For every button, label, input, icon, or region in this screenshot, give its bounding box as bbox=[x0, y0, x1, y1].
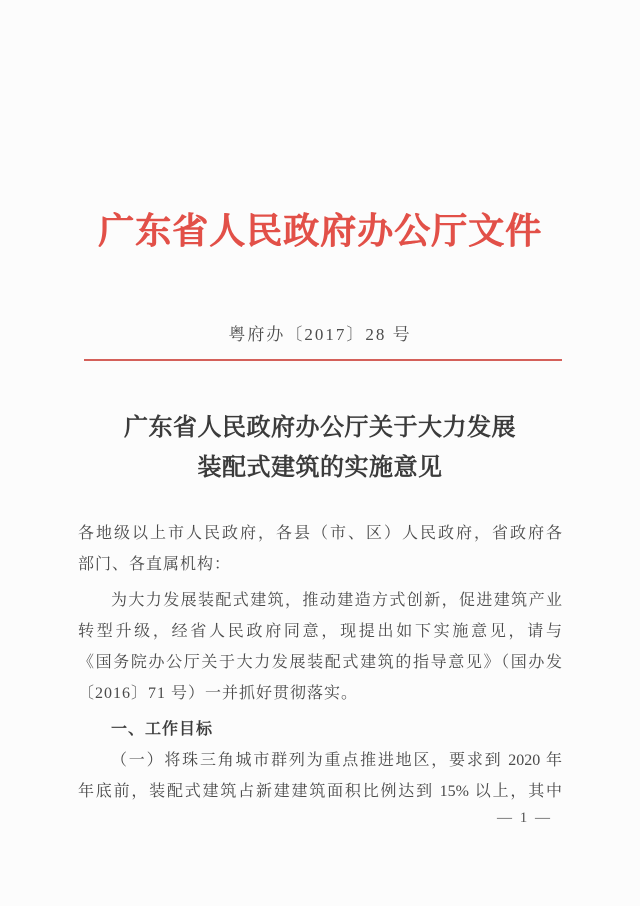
section-heading: 一、工作目标 bbox=[78, 714, 562, 745]
doc-number: 粤府办〔2017〕28 号 bbox=[0, 320, 640, 345]
page-number: — 1 — bbox=[497, 810, 552, 827]
body-line: 为大力发展装配式建筑，推动建造方式创新，促进建筑产业 bbox=[78, 585, 562, 616]
body-line: 各地级以上市人民政府，各县（市、区）人民政府，省政府各 bbox=[78, 518, 562, 549]
red-divider-rule bbox=[84, 359, 562, 361]
document-header-banner: 广东省人民政府办公厅文件 bbox=[0, 203, 640, 254]
document-page: 广东省人民政府办公厅文件 粤府办〔2017〕28 号 广东省人民政府办公厅关于大… bbox=[0, 0, 640, 906]
body-line: 〔2016〕71 号）一并抓好贯彻落实。 bbox=[78, 678, 562, 709]
body-line: 转型升级，经省人民政府同意，现提出如下实施意见，请与 bbox=[78, 616, 562, 647]
body-line: 《国务院办公厅关于大力发展装配式建筑的指导意见》（国办发 bbox=[78, 647, 562, 678]
body-line: 部门、各直属机构： bbox=[78, 549, 562, 580]
document-title: 广东省人民政府办公厅关于大力发展 装配式建筑的实施意见 bbox=[0, 408, 640, 488]
body-text: 各地级以上市人民政府，各县（市、区）人民政府，省政府各 部门、各直属机构： 为大… bbox=[78, 518, 562, 807]
body-line: （一）将珠三角城市群列为重点推进地区，要求到 2020 年 bbox=[78, 745, 562, 776]
document-title-line1: 广东省人民政府办公厅关于大力发展 bbox=[0, 408, 640, 448]
document-title-line2: 装配式建筑的实施意见 bbox=[0, 448, 640, 488]
body-line: 年底前，装配式建筑占新建建筑面积比例达到 15% 以上，其中 bbox=[78, 776, 562, 807]
